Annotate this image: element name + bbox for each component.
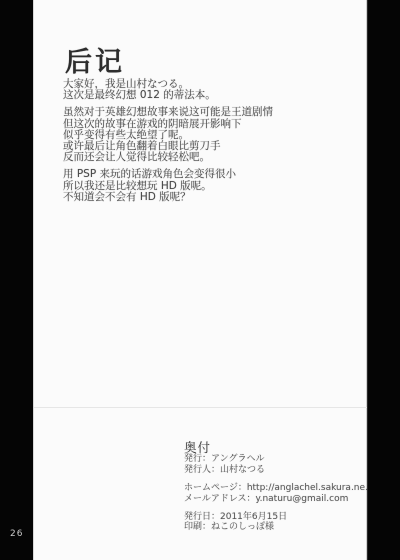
colophon-printer-line: 印刷：ねこのしっぽ様 bbox=[184, 522, 364, 532]
afterword-line: 这次是最终幻想 012 的蒂法本。 bbox=[63, 90, 353, 101]
colophon-contact-group: ホームページ：http://anglachel.sakura.ne.jp/ メー… bbox=[184, 483, 364, 504]
afterword-paragraph-2: 虽然对于英雄幻想故事来说这可能是王道剧情 但这次的故事在游戏的阴暗展开影响下 似… bbox=[63, 107, 353, 163]
right-black-border bbox=[367, 0, 400, 560]
colophon-section: 奥付 発行：アングラヘル 発行人：山村なつる ホームページ：http://ang… bbox=[184, 443, 364, 541]
colophon-email-line: メールアドレス：y.naturu@gmail.com bbox=[184, 494, 364, 504]
scanned-doujin-page: 26 后记 大家好，我是山村なつる。 这次是最终幻想 012 的蒂法本。 虽然对… bbox=[0, 0, 400, 560]
afterword-line: 虽然对于英雄幻想故事来说这可能是王道剧情 bbox=[63, 107, 353, 118]
colophon-print-group: 発行日：2011年6月15日 印刷：ねこのしっぽ様 bbox=[184, 512, 364, 533]
afterword-line: 不知道会不会有 HD 版呢？ bbox=[63, 192, 353, 203]
colophon-publisher-line: 発行：アングラヘル bbox=[184, 454, 364, 464]
afterword-line: 反而还会让人觉得比较轻松吧。 bbox=[63, 152, 353, 163]
afterword-title: 后记 bbox=[65, 40, 125, 79]
colophon-publisher-group: 発行：アングラヘル 発行人：山村なつる bbox=[184, 454, 364, 475]
colophon-homepage-line: ホームページ：http://anglachel.sakura.ne.jp/ bbox=[184, 483, 364, 493]
colophon-divider-line bbox=[34, 407, 368, 408]
afterword-line: 用 PSP 来玩的话游戏角色会变得很小 bbox=[63, 169, 353, 180]
afterword-paragraph-3: 用 PSP 来玩的话游戏角色会变得很小 所以我还是比较想玩 HD 版呢。 不知道… bbox=[63, 169, 353, 203]
colophon-title: 奥付 bbox=[184, 443, 364, 453]
page-number: 26 bbox=[10, 529, 23, 539]
page-body: 后记 大家好，我是山村なつる。 这次是最终幻想 012 的蒂法本。 虽然对于英雄… bbox=[33, 0, 367, 560]
colophon-author-line: 発行人：山村なつる bbox=[184, 465, 364, 475]
colophon-date-line: 発行日：2011年6月15日 bbox=[184, 512, 364, 522]
afterword-text: 大家好，我是山村なつる。 这次是最终幻想 012 的蒂法本。 虽然对于英雄幻想故… bbox=[63, 79, 353, 209]
left-black-border: 26 bbox=[0, 0, 33, 560]
afterword-paragraph-1: 大家好，我是山村なつる。 这次是最终幻想 012 的蒂法本。 bbox=[63, 79, 353, 101]
